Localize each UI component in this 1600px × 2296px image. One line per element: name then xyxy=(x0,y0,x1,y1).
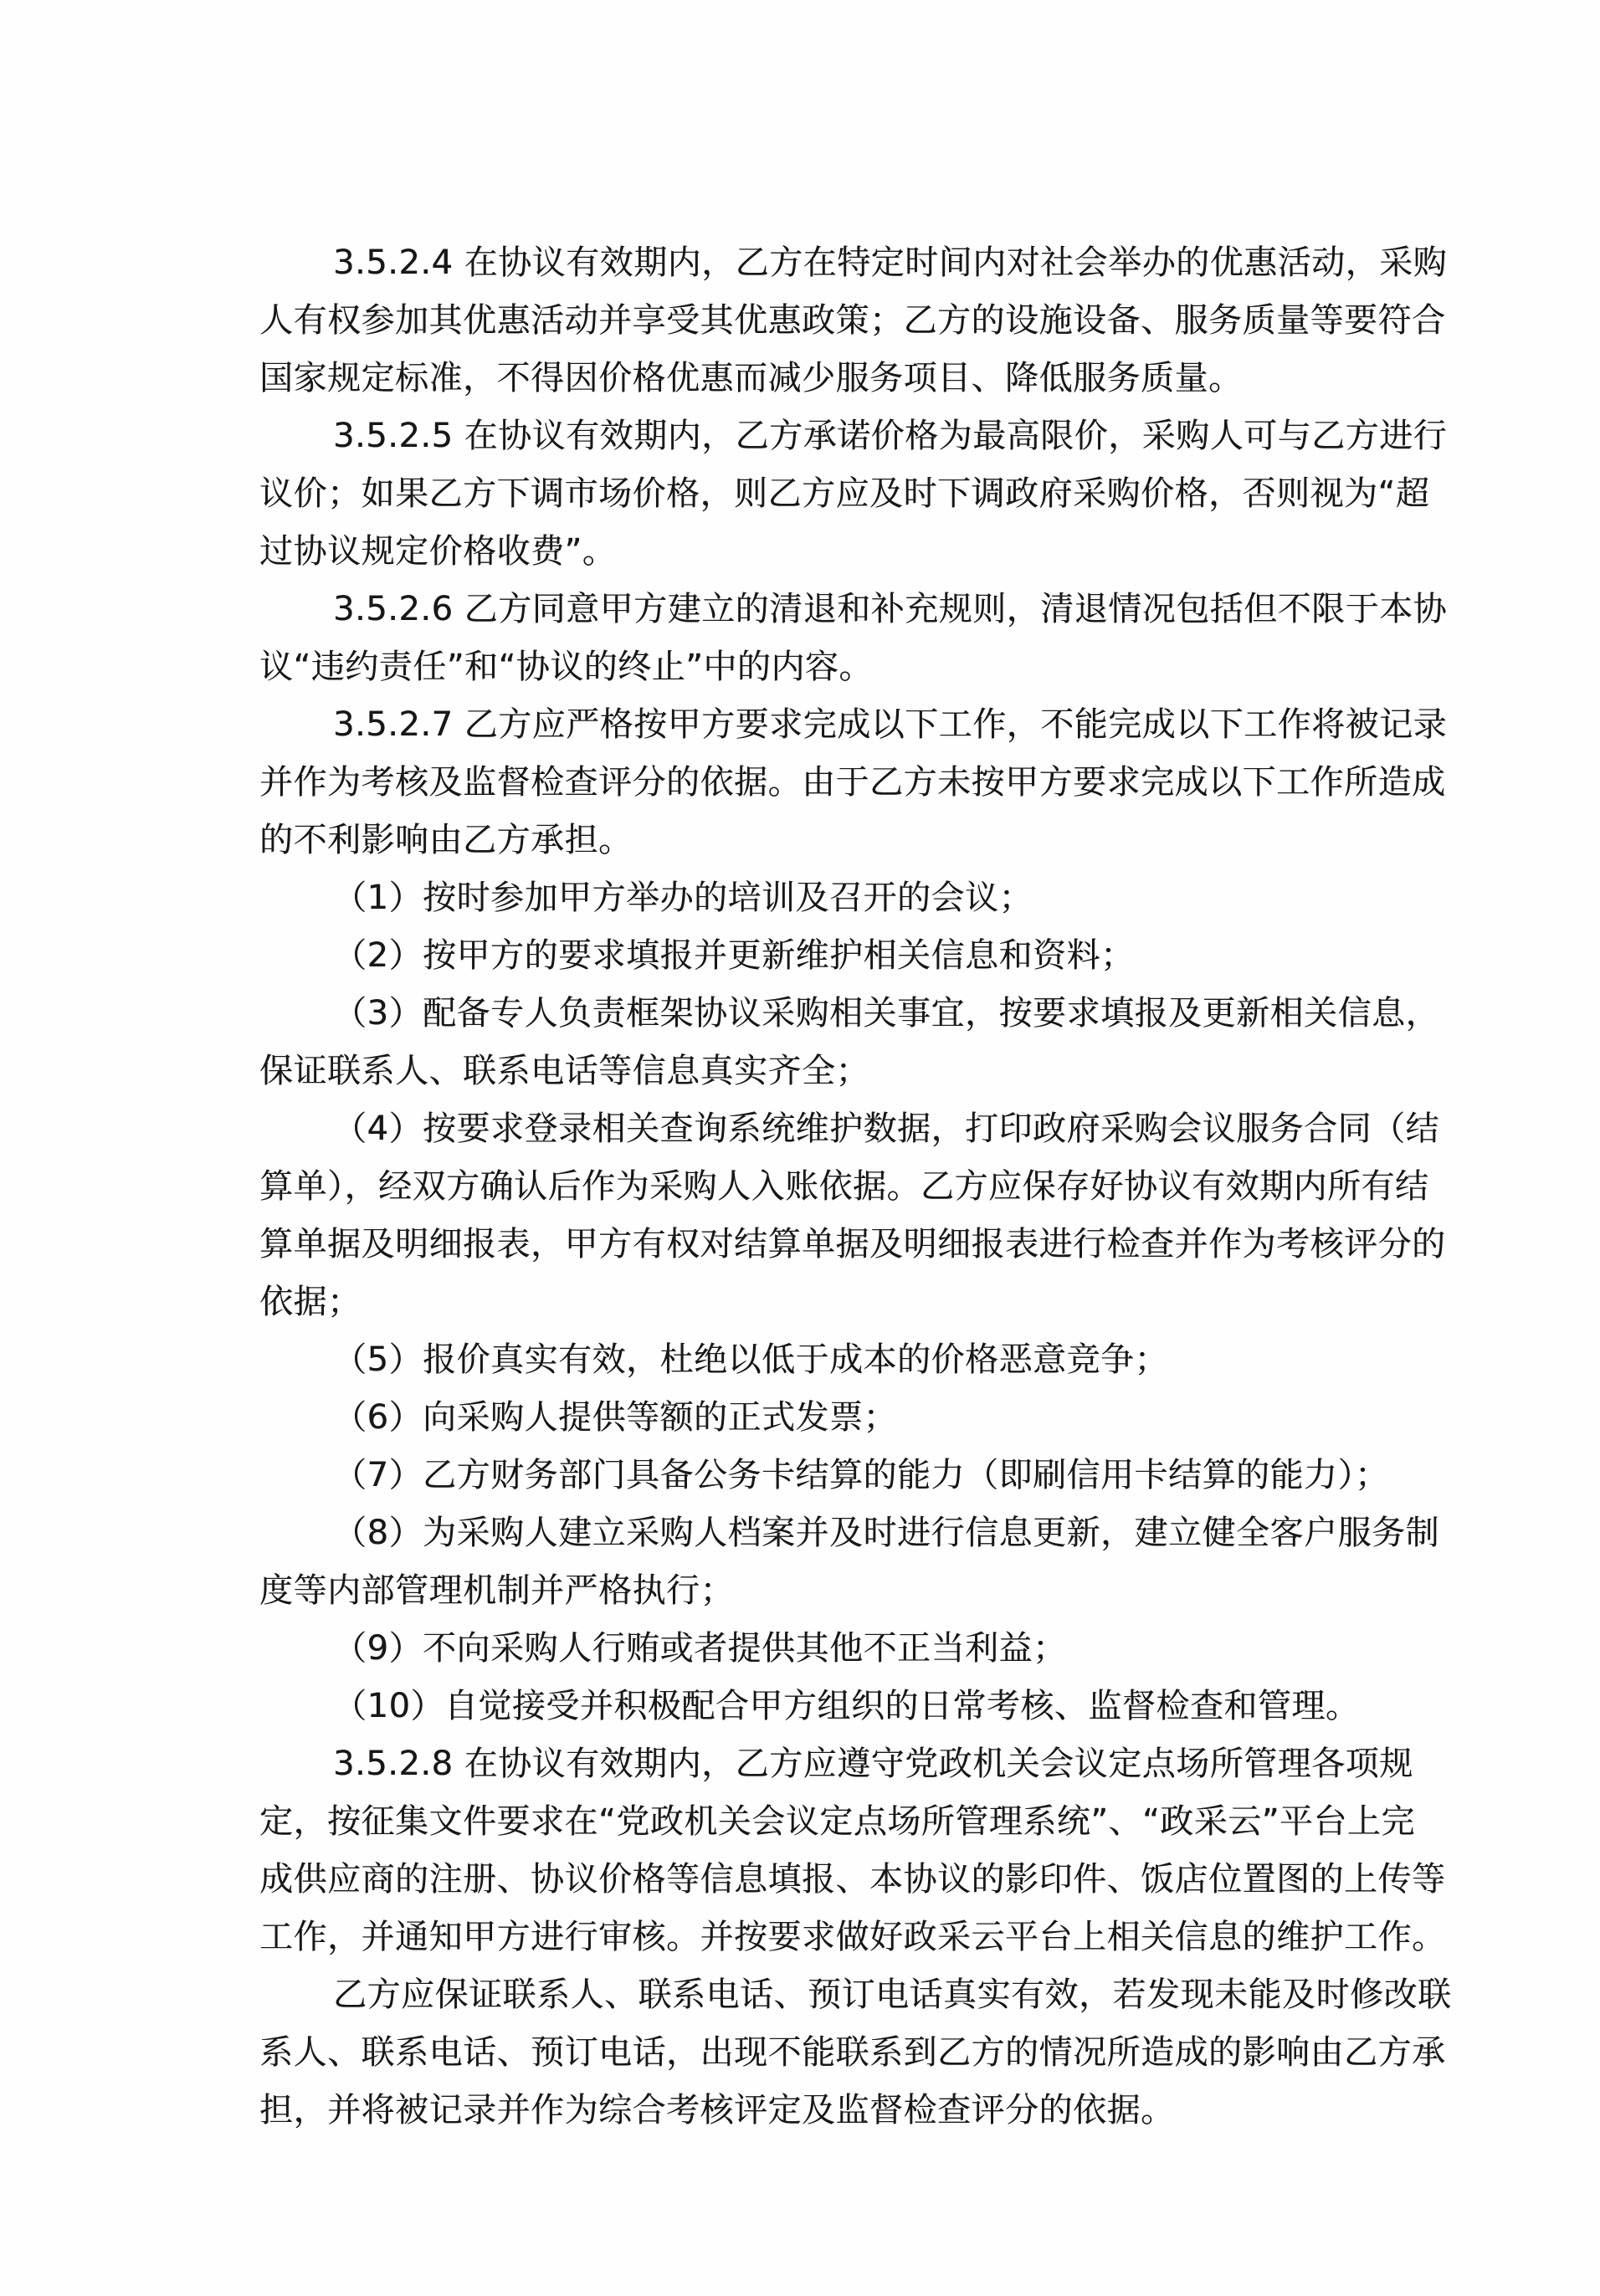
text-line: 议价；如果乙方下调市场价格，则乙方应及时下调政府采购价格，否则视为“超 xyxy=(259,465,1456,523)
text-line: 担，并将被记录并作为综合考核评定及监督检查评分的依据。 xyxy=(259,2082,1456,2140)
text-line: 工作，并通知甲方进行审核。并按要求做好政采云平台上相关信息的维护工作。 xyxy=(259,1909,1456,1966)
text-line: （7）乙方财务部门具备公务卡结算的能力（即刷信用卡结算的能力）； xyxy=(259,1447,1456,1504)
text-line: 议“违约责任”和“协议的终止”中的内容。 xyxy=(259,638,1456,696)
text-line: （1）按时参加甲方举办的培训及召开的会议； xyxy=(259,869,1456,927)
text-line: 算单），经双方确认后作为采购人入账依据。乙方应保存好协议有效期内所有结 xyxy=(259,1158,1456,1216)
document-page: 3.5.2.4 在协议有效期内，乙方在特定时间内对社会举办的优惠活动，采购 人有… xyxy=(0,0,1600,2296)
text-line: （2）按甲方的要求填报并更新维护相关信息和资料； xyxy=(259,927,1456,985)
text-line: 系人、联系电话、预订电话，出现不能联系到乙方的情况所造成的影响由乙方承 xyxy=(259,2024,1456,2082)
text-line: 过协议规定价格收费”。 xyxy=(259,523,1456,581)
text-line: 3.5.2.5 在协议有效期内，乙方承诺价格为最高限价，采购人可与乙方进行 xyxy=(259,407,1456,465)
text-line: （9）不向采购人行贿或者提供其他不正当利益； xyxy=(259,1620,1456,1678)
text-line: 3.5.2.6 乙方同意甲方建立的清退和补充规则，清退情况包括但不限于本协 xyxy=(259,581,1456,638)
text-line: 3.5.2.4 在协议有效期内，乙方在特定时间内对社会举办的优惠活动，采购 xyxy=(259,234,1456,292)
text-line: 算单据及明细报表，甲方有权对结算单据及明细报表进行检查并作为考核评分的 xyxy=(259,1216,1456,1274)
text-line: （10）自觉接受并积极配合甲方组织的日常考核、监督检查和管理。 xyxy=(259,1678,1456,1735)
text-line: 度等内部管理机制并严格执行； xyxy=(259,1562,1456,1620)
text-line: （5）报价真实有效，杜绝以低于成本的价格恶意竞争； xyxy=(259,1331,1456,1389)
text-line: （8）为采购人建立采购人档案并及时进行信息更新，建立健全客户服务制 xyxy=(259,1504,1456,1562)
text-line: 人有权参加其优惠活动并享受其优惠政策；乙方的设施设备、服务质量等要符合 xyxy=(259,292,1456,350)
text-line: （3）配备专人负责框架协议采购相关事宜，按要求填报及更新相关信息， xyxy=(259,985,1456,1043)
text-line: 定，按征集文件要求在“党政机关会议定点场所管理系统”、“政采云”平台上完 xyxy=(259,1793,1456,1851)
text-line: 并作为考核及监督检查评分的依据。由于乙方未按甲方要求完成以下工作所造成 xyxy=(259,754,1456,812)
text-line: 国家规定标准，不得因价格优惠而减少服务项目、降低服务质量。 xyxy=(259,350,1456,407)
text-line: （6）向采购人提供等额的正式发票； xyxy=(259,1389,1456,1447)
text-line: 成供应商的注册、协议价格等信息填报、本协议的影印件、饭店位置图的上传等 xyxy=(259,1851,1456,1909)
text-line: 3.5.2.7 乙方应严格按甲方要求完成以下工作，不能完成以下工作将被记录 xyxy=(259,696,1456,754)
document-text: 3.5.2.4 在协议有效期内，乙方在特定时间内对社会举办的优惠活动，采购 人有… xyxy=(259,234,1456,2140)
text-line: （4）按要求登录相关查询系统维护数据，打印政府采购会议服务合同（结 xyxy=(259,1100,1456,1158)
text-line: 3.5.2.8 在协议有效期内，乙方应遵守党政机关会议定点场所管理各项规 xyxy=(259,1735,1456,1793)
text-line: 保证联系人、联系电话等信息真实齐全； xyxy=(259,1043,1456,1100)
text-line: 乙方应保证联系人、联系电话、预订电话真实有效，若发现未能及时修改联 xyxy=(259,1966,1456,2024)
text-line: 依据； xyxy=(259,1274,1456,1331)
text-line: 的不利影响由乙方承担。 xyxy=(259,812,1456,869)
